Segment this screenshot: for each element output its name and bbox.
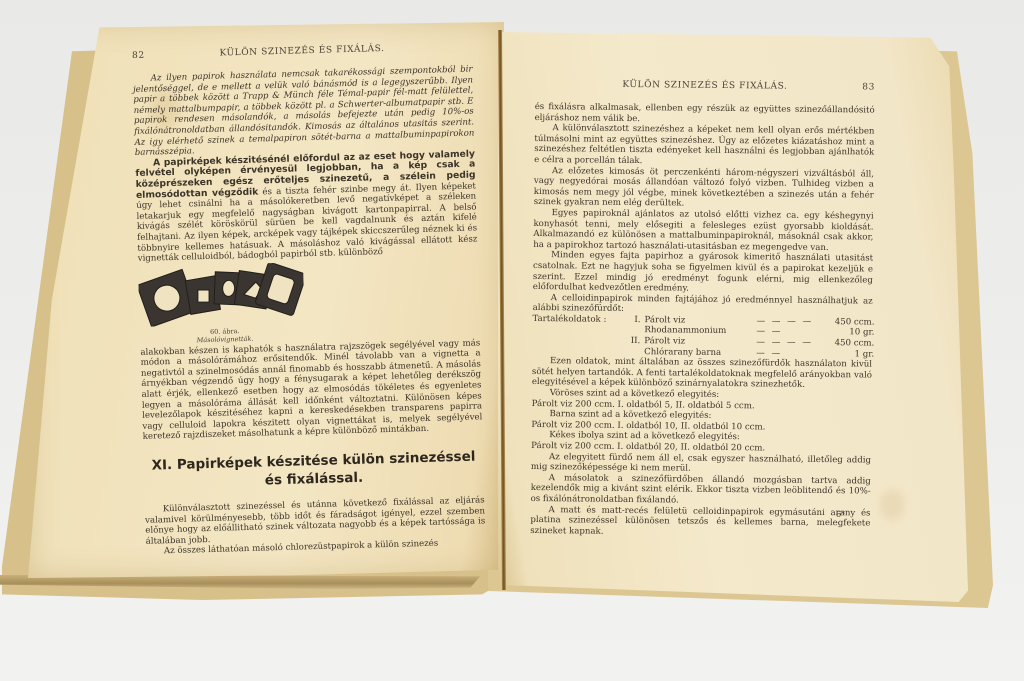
paragraph: Minden egyes fajta papirhoz a gyárosok k… (533, 250, 873, 296)
stock-solutions-label: Tartalékoldatok : (532, 314, 612, 325)
leader-dashes: — — — — (756, 316, 816, 327)
figure-60: 60. ábra. Másolóvignetták. (138, 262, 310, 346)
ingredient-amount: 450 ccm. (816, 338, 874, 349)
running-head-title: KÜLÖN SZINEZÉS ÉS FIXÁLÁS. (622, 80, 787, 92)
solution-number: I. (612, 315, 644, 326)
ingredient-amount: 10 gr. (816, 327, 874, 338)
leader-dashes: — — (756, 327, 816, 338)
solution-number: II. (612, 336, 644, 347)
paragraph: Ezen oldatok, mint általában az összes s… (532, 356, 872, 391)
page-number: 83 (862, 83, 875, 92)
paragraph: A különválasztott szinezéshez a képeket … (534, 123, 874, 169)
ingredient-amount: 450 ccm. (816, 317, 874, 328)
page-number: 82 (132, 52, 145, 61)
vignette-masks-illustration (138, 262, 305, 327)
solution-number (612, 346, 644, 357)
leader-dashes: — — — — (756, 337, 816, 348)
paragraph: Az előzetes kimosás öt perczenkénti háro… (534, 166, 874, 212)
chapter-title: XI. Papirképek készitése külön szinezéss… (143, 447, 484, 492)
right-page-text: KÜLÖN SZINEZÉS ÉS FIXÁLÁS. 83 és fixálás… (530, 80, 875, 540)
figure-block: 60. ábra. Másolóvignetták. (138, 257, 480, 345)
paragraph: Az ilyen papirok használata nemcsak taka… (133, 64, 475, 158)
book-photo: 82 KÜLÖN SZINEZÉS ÉS FIXÁLÁS. Az ilyen p… (0, 0, 1024, 681)
left-page-text: 82 KÜLÖN SZINEZÉS ÉS FIXÁLÁS. Az ilyen p… (132, 43, 486, 558)
paragraph: A matt és matt-recés felületü celloidinp… (530, 505, 870, 540)
stock-solutions-table: Tartalékoldatok : I. Párolt viz — — — — … (532, 314, 872, 360)
solution-number (612, 325, 644, 336)
page-stain (880, 490, 904, 520)
running-head: KÜLÖN SZINEZÉS ÉS FIXÁLÁS. 83 (535, 80, 875, 96)
paragraph-emphasis: A papirképek készitésénél előfordul az a… (135, 149, 478, 264)
paragraph: A másolatok a szinezőfürdőben állandó mo… (531, 473, 871, 508)
paragraph: alakokban készen is kaphatók s használat… (140, 338, 483, 443)
paragraph: Egyes papiroknál ajánlatos az utolsó elő… (533, 208, 873, 254)
printer-signature-mark: 6* (836, 510, 845, 519)
